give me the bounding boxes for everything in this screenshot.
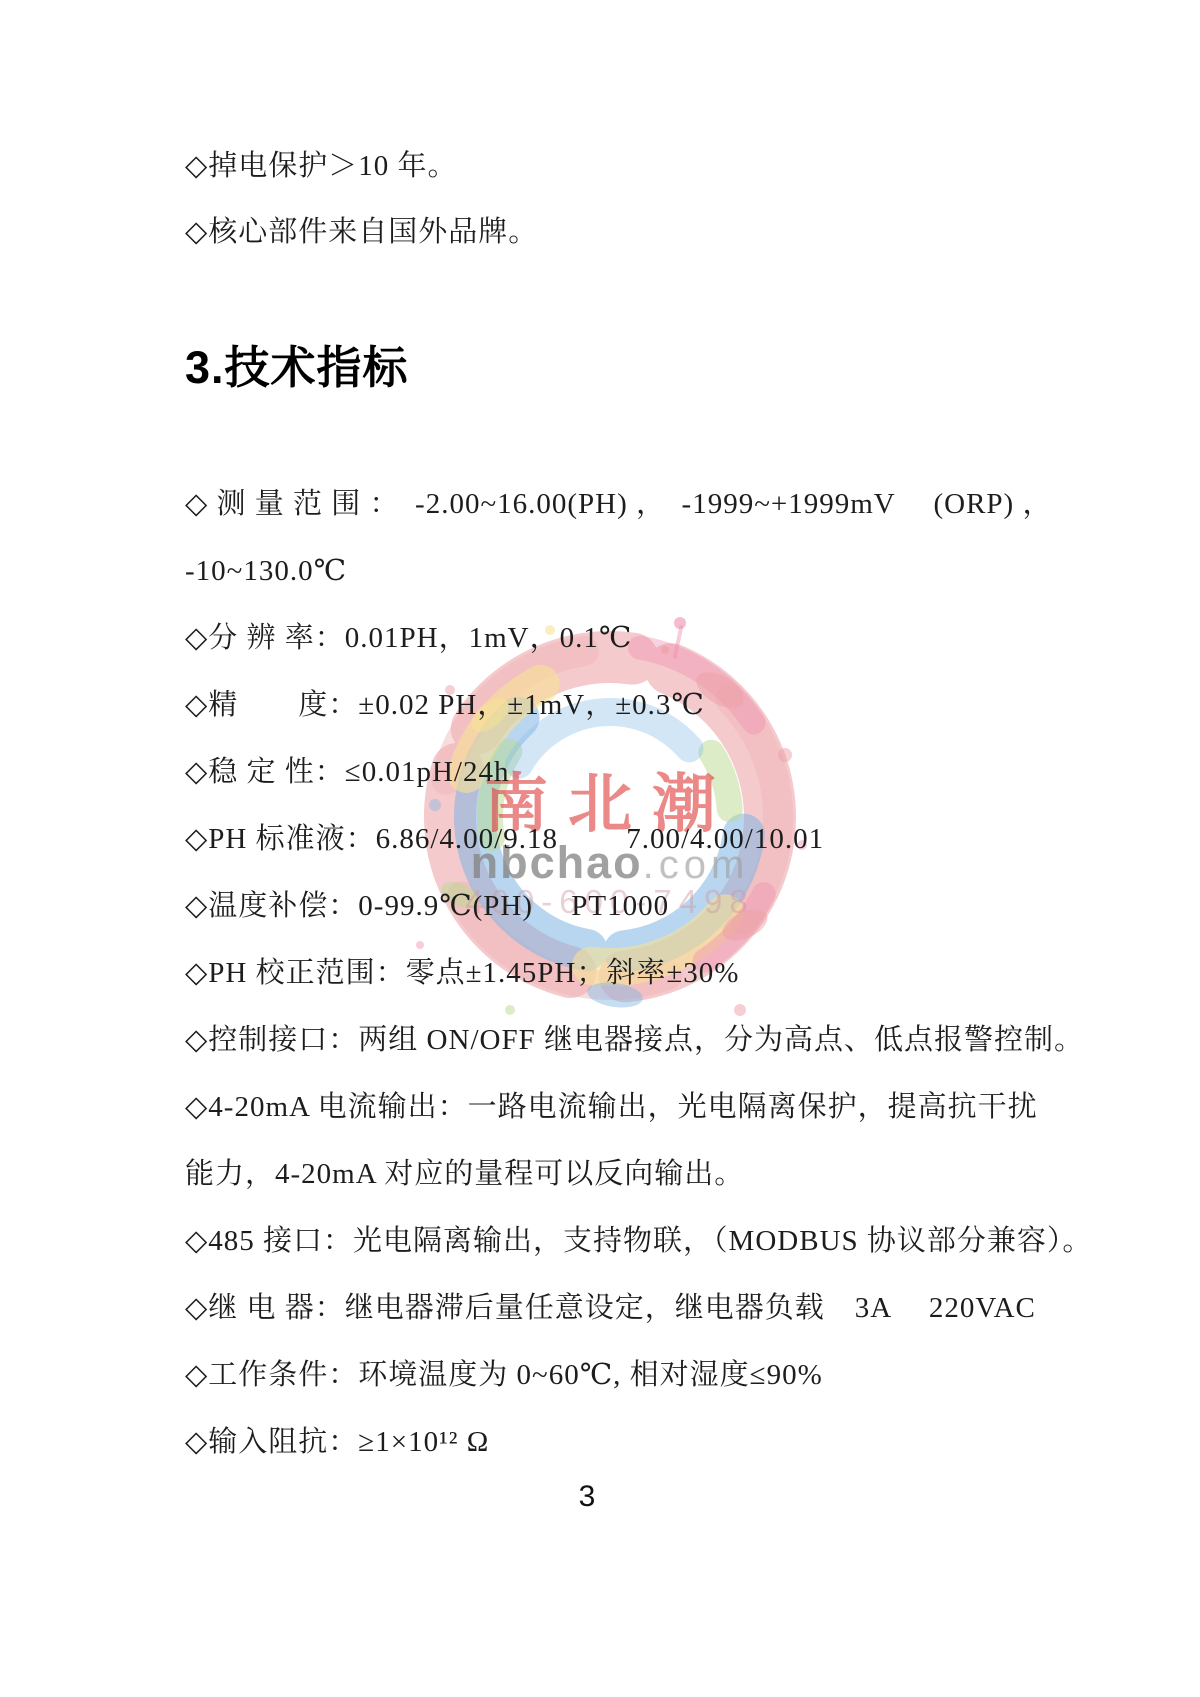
intro-section: ◇掉电保护＞10 年。◇核心部件来自国外品牌。 xyxy=(185,133,1200,265)
section-heading: 3.技术指标 xyxy=(185,338,1200,398)
text-line: ◇核心部件来自国外品牌。 xyxy=(185,199,1200,265)
text-line: ◇ 测 量 范 围 ： -2.00~16.00(PH) ， -1999~+199… xyxy=(185,471,1200,538)
text-line: ◇PH 校正范围：零点±1.45PH；斜率±30% xyxy=(185,940,1200,1007)
text-line: ◇4-20mA 电流输出：一路电流输出，光电隔离保护，提高抗干扰 xyxy=(185,1074,1200,1141)
text-line: ◇稳 定 性：≤0.01pH/24h xyxy=(185,739,1200,806)
text-line: ◇分 辨 率：0.01PH，1mV，0.1℃ xyxy=(185,605,1200,672)
document-page: 南北潮 nbchao.com 400-600-7498 ◇掉电保护＞10 年。◇… xyxy=(0,0,1200,1697)
text-line: ◇掉电保护＞10 年。 xyxy=(185,133,1200,199)
text-line: ◇工作条件：环境温度为 0~60℃, 相对湿度≤90% xyxy=(185,1342,1200,1409)
text-line: ◇温度补偿：0-99.9℃(PH) PT1000 xyxy=(185,873,1200,940)
document-content: ◇掉电保护＞10 年。◇核心部件来自国外品牌。 3.技术指标 ◇ 测 量 范 围… xyxy=(0,0,1200,1476)
text-line: ◇继 电 器：继电器滞后量任意设定，继电器负载 3A 220VAC xyxy=(185,1275,1200,1342)
text-line: ◇485 接口：光电隔离输出，支持物联，（MODBUS 协议部分兼容）。 xyxy=(185,1208,1200,1275)
text-line: ◇精 度：±0.02 PH，±1mV，±0.3℃ xyxy=(185,672,1200,739)
text-line: 能力，4-20mA 对应的量程可以反向输出。 xyxy=(185,1141,1200,1208)
text-line: ◇PH 标准液：6.86/4.00/9.18 7.00/4.00/10.01 xyxy=(185,806,1200,873)
text-line: -10~130.0℃ xyxy=(185,538,1200,605)
spec-section: ◇ 测 量 范 围 ： -2.00~16.00(PH) ， -1999~+199… xyxy=(185,471,1200,1476)
page-number: 3 xyxy=(579,1480,596,1514)
text-line: ◇控制接口：两组 ON/OFF 继电器接点，分为高点、低点报警控制。 xyxy=(185,1007,1200,1074)
text-line: ◇输入阻抗：≥1×10¹² Ω xyxy=(185,1409,1200,1476)
